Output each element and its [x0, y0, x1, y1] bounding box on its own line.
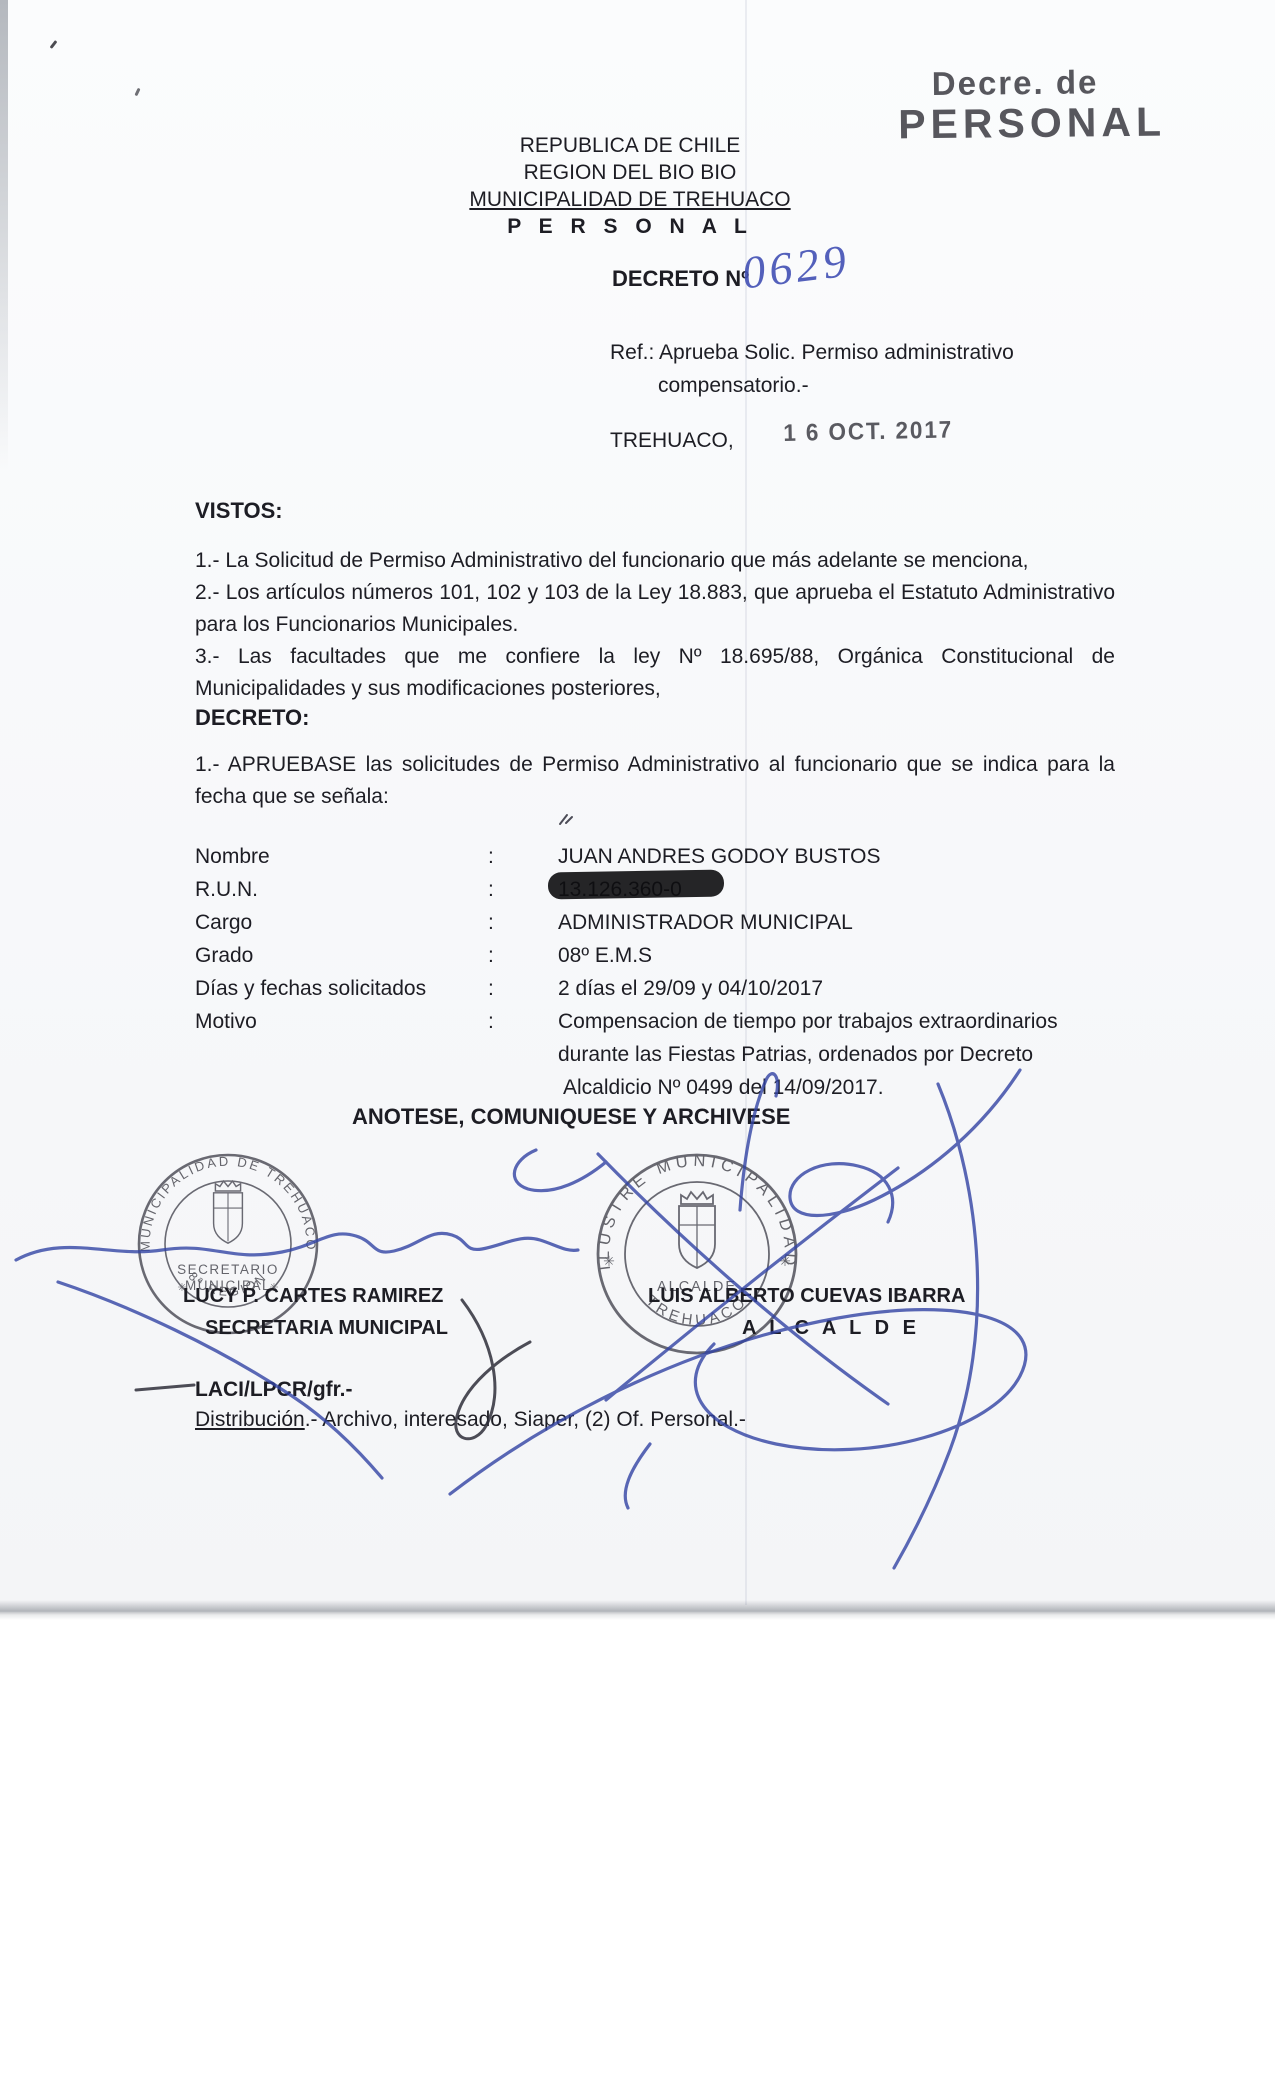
footer-initials: LACI/LPCR/gfr.-	[195, 1378, 353, 1402]
row-separator: :	[488, 911, 494, 935]
detail-row-cargo: Cargo : ADMINISTRADOR MUNICIPAL	[195, 911, 1115, 944]
detail-row-grado: Grado : 08º E.M.S	[195, 944, 1115, 977]
date-stamp: 1 6 OCT. 2017	[783, 416, 953, 448]
mayor-name: LUIS ALBERTO CUEVAS IBARRA	[648, 1285, 965, 1308]
row-label: Motivo	[195, 1010, 257, 1034]
letterhead-region: REGION DEL BIO BIO	[380, 159, 880, 186]
row-value-line: durante las Fiestas Patrias, ordenados p…	[558, 1043, 1033, 1067]
vistos-item-3: 3.- Las facultades que me confiere la le…	[195, 641, 1115, 705]
letterhead-municipality: MUNICIPALIDAD DE TREHUACO	[380, 186, 880, 213]
row-label: Días y fechas solicitados	[195, 977, 426, 1001]
vistos-item-2: 2.- Los artículos números 101, 102 y 103…	[195, 577, 1115, 641]
letterhead: REPUBLICA DE CHILE REGION DEL BIO BIO MU…	[380, 132, 880, 240]
reference-line-1: Ref.: Aprueba Solic. Permiso administrat…	[610, 341, 1014, 365]
row-value: ADMINISTRADOR MUNICIPAL	[558, 911, 853, 935]
row-separator: :	[488, 977, 494, 1001]
decree-number-label: DECRETO Nº	[612, 266, 749, 292]
row-separator: :	[488, 1010, 494, 1034]
distribution-list: .- Archivo, interesado, Siaper, (2) Of. …	[305, 1408, 746, 1431]
distribution-line: Distribución.- Archivo, interesado, Siap…	[195, 1408, 746, 1432]
stamp-line-2: PERSONAL	[898, 102, 1166, 146]
row-value-line: Alcaldicio Nº 0499 del 14/09/2017.	[563, 1076, 884, 1100]
place-name: TREHUACO,	[610, 429, 734, 453]
vistos-heading: VISTOS:	[195, 498, 283, 524]
stamp-asterisk: ✳	[603, 1253, 615, 1269]
stamp-line-1: Decre. de	[932, 65, 1166, 100]
coat-of-arms	[679, 1192, 715, 1268]
decreto-heading: DECRETO:	[195, 705, 310, 731]
footer-initials-clerk: /gfr.-	[307, 1378, 353, 1401]
closing-order: ANOTESE, COMUNIQUESE Y ARCHIVESE	[352, 1104, 790, 1130]
vistos-item-1: 1.- La Solicitud de Permiso Administrati…	[195, 545, 1115, 577]
secretary-name: LUCY P. CARTES RAMIREZ	[183, 1285, 443, 1308]
detail-row-motivo: Motivo : Compensacion de tiempo por trab…	[195, 1010, 1115, 1109]
detail-row-dias: Días y fechas solicitados : 2 días el 29…	[195, 977, 1115, 1010]
stamp-asterisk: ✳	[779, 1253, 791, 1269]
letterhead-department: P E R S O N A L	[380, 213, 880, 240]
row-value: 2 días el 29/09 y 04/10/2017	[558, 977, 823, 1001]
distribution-label: Distribución	[195, 1408, 305, 1431]
row-label: Grado	[195, 944, 253, 968]
secretaria-round-stamp: MUNICIPALIDAD DE TREHUACO SECRETARIO MUN…	[133, 1149, 323, 1339]
letterhead-country: REPUBLICA DE CHILE	[380, 132, 880, 159]
run-redaction-bar	[548, 869, 724, 899]
row-value: JUAN ANDRES GODOY BUSTOS	[558, 845, 880, 869]
secretary-title: SECRETARIA MUNICIPAL	[205, 1317, 448, 1340]
row-label: Cargo	[195, 911, 252, 935]
decreto-paragraph: 1.- APRUEBASE las solicitudes de Permiso…	[195, 749, 1115, 813]
reference-line-2: compensatorio.-	[658, 374, 809, 398]
row-separator: :	[488, 944, 494, 968]
coat-of-arms	[214, 1181, 243, 1243]
row-label: Nombre	[195, 845, 270, 869]
personnel-decree-stamp: Decre. de PERSONAL	[898, 65, 1167, 146]
row-separator: :	[488, 878, 494, 902]
paper-bottom-edge	[0, 1600, 1275, 1620]
scanner-edge-left	[0, 0, 8, 470]
footer-initials-main: LACI/LPCR	[195, 1378, 307, 1401]
row-separator: :	[488, 845, 494, 869]
row-value-line: Compensacion de tiempo por trabajos extr…	[558, 1010, 1058, 1034]
row-label: R.U.N.	[195, 878, 258, 902]
mayor-title: A L C A L D E	[742, 1317, 920, 1340]
row-value: 08º E.M.S	[558, 944, 652, 968]
